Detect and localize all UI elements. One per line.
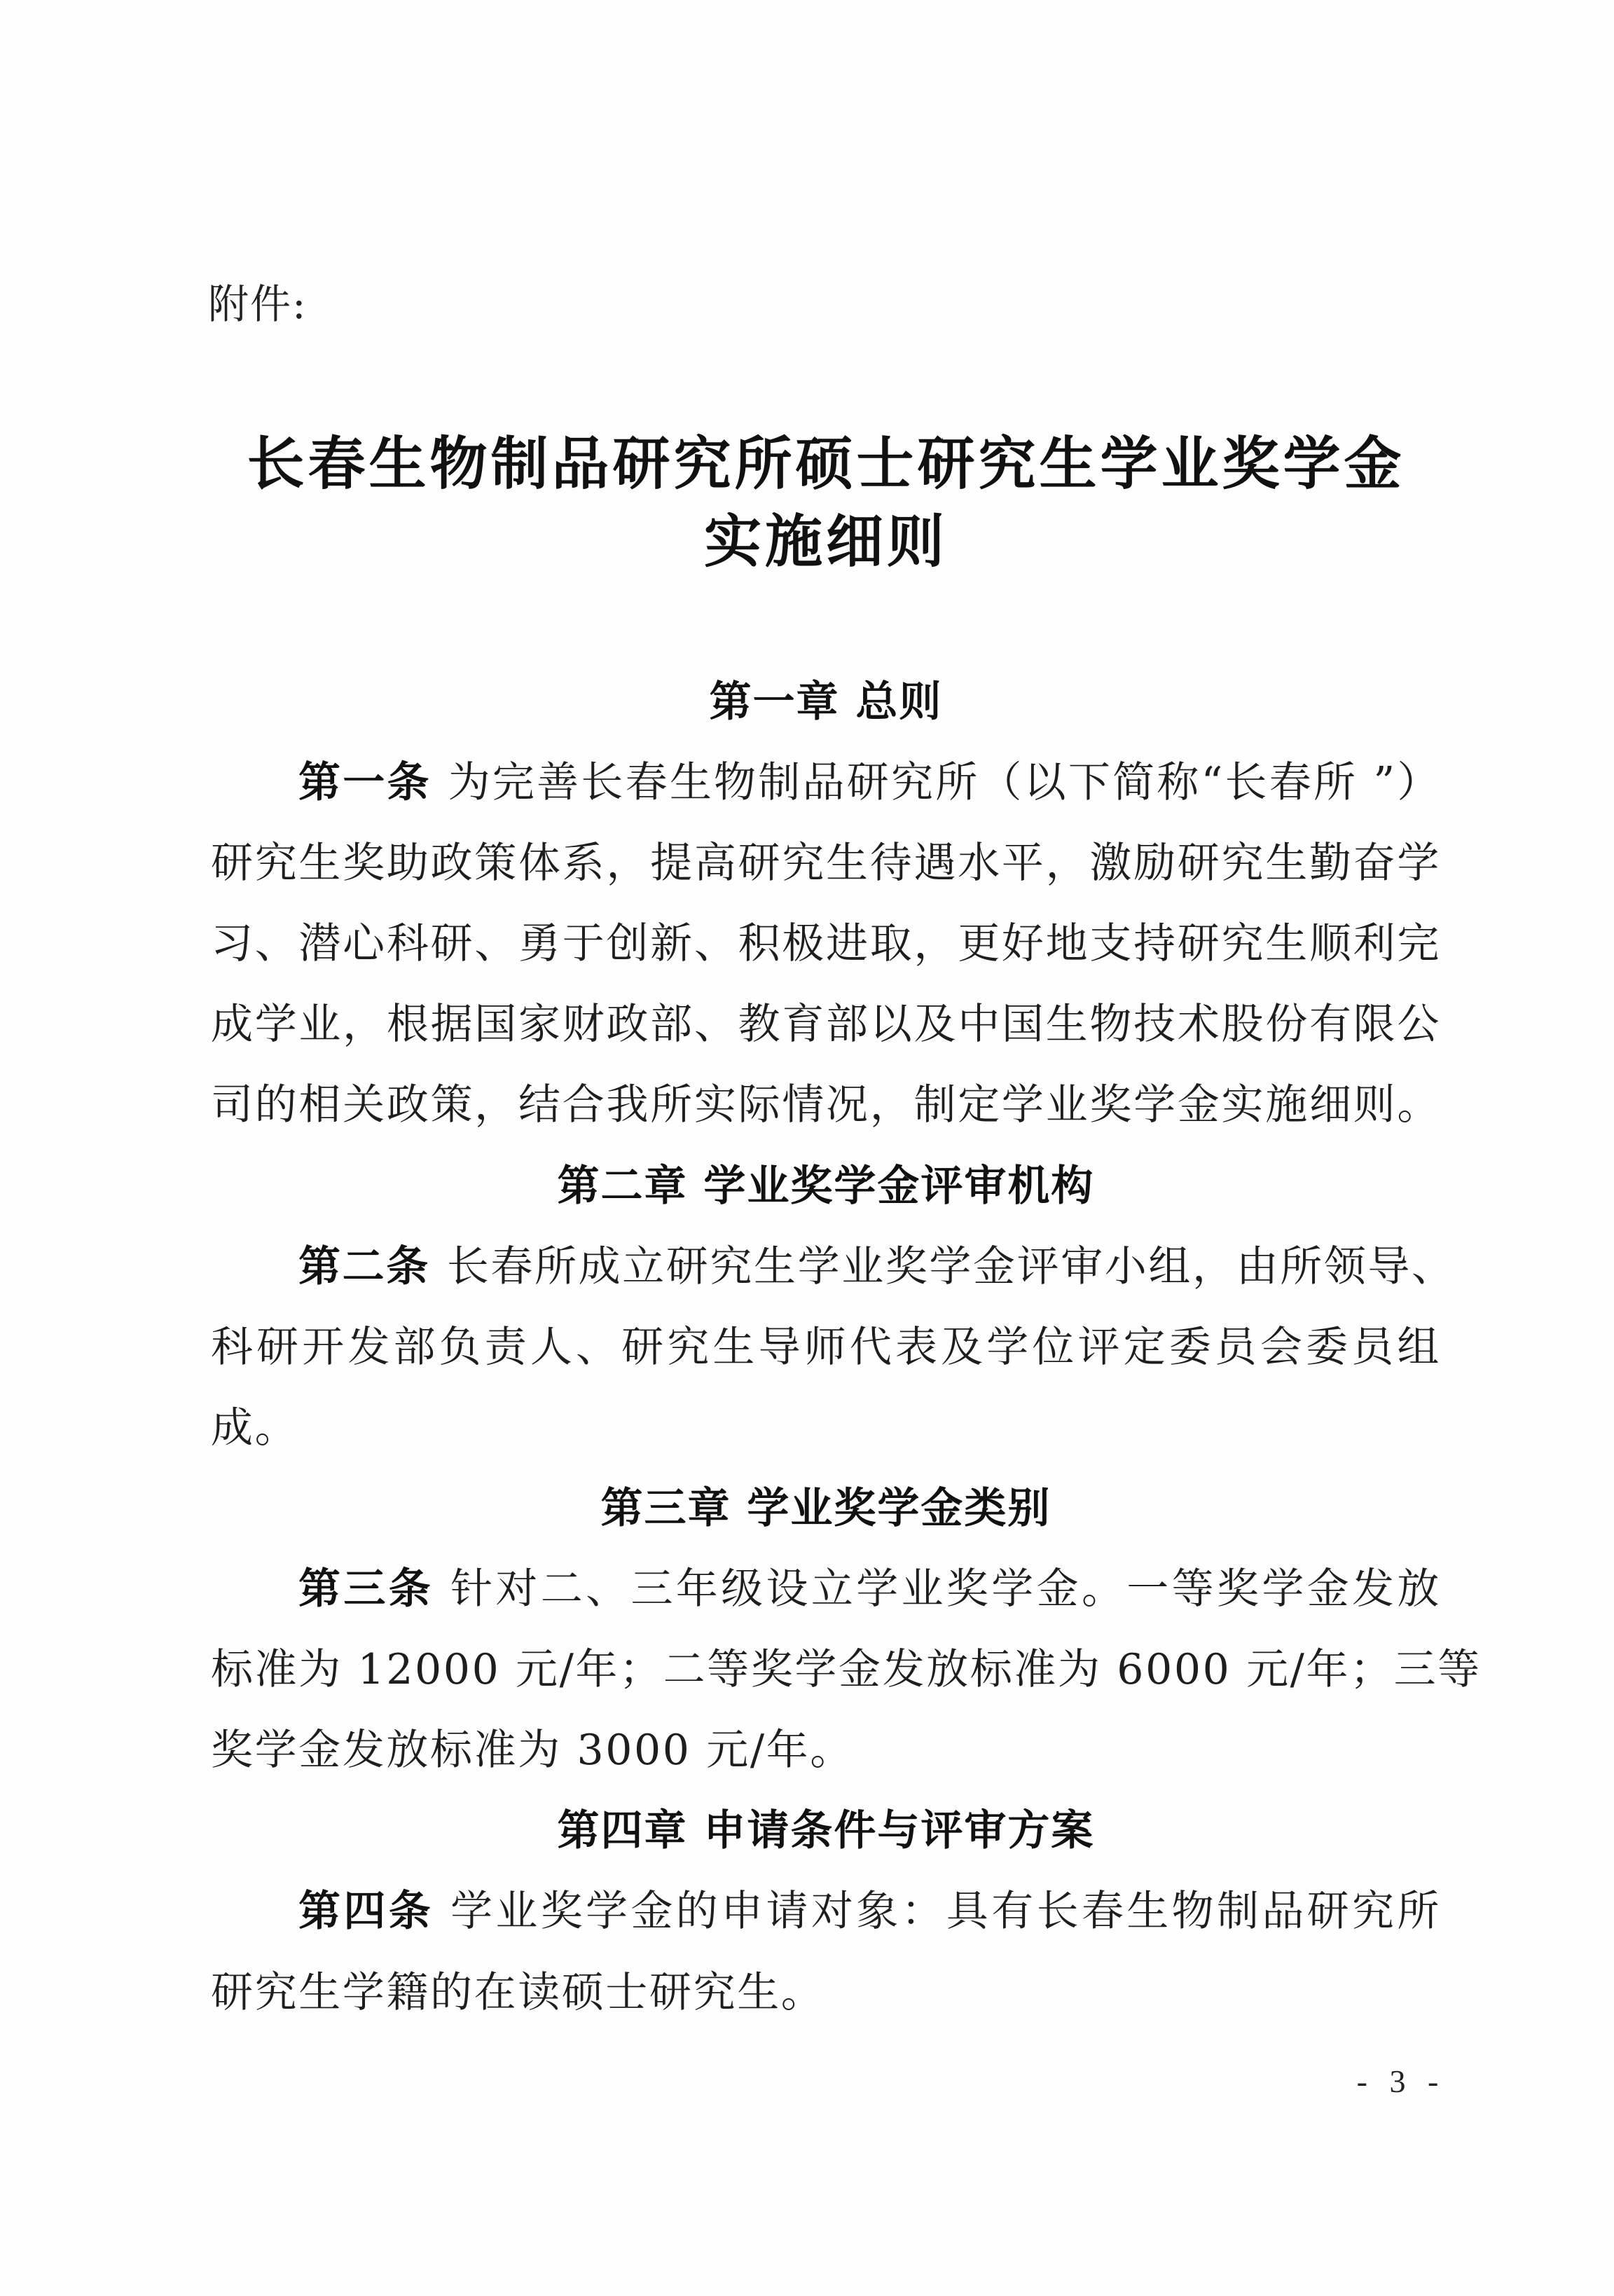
chapter-heading-1: 第一章 总则 — [211, 662, 1441, 743]
article-2-line-3: 成。 — [211, 1388, 1441, 1469]
attachment-label: 附件: — [208, 279, 308, 329]
article-1-line-1: 第一条为完善长春生物制品研究所（以下简称“长春所 ”） — [211, 743, 1441, 823]
article-label: 第四条 — [298, 1887, 434, 1936]
article-3-line-2: 标准为 12000 元/年；二等奖学金发放标准为 6000 元/年；三等 — [211, 1630, 1441, 1710]
article-text: 为完善长春生物制品研究所（以下简称“长春所 ”） — [448, 758, 1441, 807]
article-4-line-1: 第四条学业奖学金的申请对象：具有长春生物制品研究所 — [211, 1871, 1441, 1952]
document-title-line-2: 实施细则 — [211, 507, 1441, 577]
chapter-heading-4: 第四章 申请条件与评审方案 — [211, 1791, 1441, 1871]
article-1-line-4: 成学业，根据国家财政部、教育部以及中国生物技术股份有限公 — [211, 984, 1441, 1065]
article-2-line-2: 科研开发部负责人、研究生导师代表及学位评定委员会委员组 — [211, 1307, 1441, 1388]
page-number: - 3 - — [1349, 2060, 1454, 2103]
article-3-line-3: 奖学金发放标准为 3000 元/年。 — [211, 1710, 1441, 1791]
article-2-line-1: 第二条长春所成立研究生学业奖学金评审小组，由所领导、 — [211, 1227, 1441, 1307]
article-1-line-3: 习、潜心科研、勇于创新、积极进取，更好地支持研究生顺利完 — [211, 904, 1441, 984]
article-text: 针对二、三年级设立学业奖学金。一等奖学金发放 — [450, 1565, 1441, 1614]
document-body: 第一章 总则 第一条为完善长春生物制品研究所（以下简称“长春所 ”） 研究生奖助… — [211, 662, 1441, 2033]
article-label: 第二条 — [298, 1242, 430, 1291]
chapter-heading-3: 第三章 学业奖学金类别 — [211, 1469, 1441, 1549]
article-label: 第三条 — [298, 1565, 434, 1614]
chapter-heading-2: 第二章 学业奖学金评审机构 — [211, 1146, 1441, 1227]
article-4-line-2: 研究生学籍的在读硕士研究生。 — [211, 1953, 1441, 2033]
article-3-line-1: 第三条针对二、三年级设立学业奖学金。一等奖学金发放 — [211, 1549, 1441, 1630]
document-page: 附件: 长春生物制品研究所硕士研究生学业奖学金 实施细则 第一章 总则 第一条为… — [0, 0, 1614, 2296]
article-1-line-5: 司的相关政策，结合我所实际情况，制定学业奖学金实施细则。 — [211, 1065, 1441, 1146]
article-1-line-2: 研究生奖助政策体系，提高研究生待遇水平，激励研究生勤奋学 — [211, 823, 1441, 904]
article-text: 学业奖学金的申请对象：具有长春生物制品研究所 — [450, 1887, 1441, 1936]
article-label: 第一条 — [298, 758, 432, 807]
article-text: 长春所成立研究生学业奖学金评审小组，由所领导、 — [447, 1242, 1456, 1291]
document-title-line-1: 长春生物制品研究所硕士研究生学业奖学金 — [211, 429, 1441, 499]
